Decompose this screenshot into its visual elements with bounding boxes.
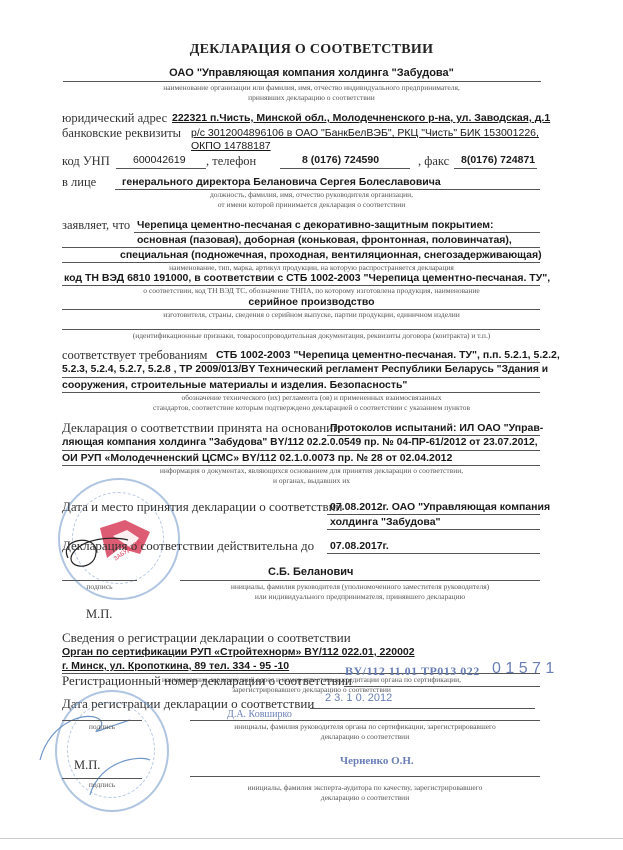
divider: [280, 168, 410, 169]
declares-hint-3: изготовителя, страны, сведения о серийно…: [0, 310, 623, 319]
declares-line-1: Черепица цементно-песчаная с декоративно…: [137, 219, 494, 231]
declares-line-5: серийное производство: [0, 296, 623, 308]
legal-address-label: юридический адрес: [62, 111, 167, 126]
complies-line-1: СТБ 1002-2003 "Черепица цементно-песчана…: [216, 349, 560, 361]
complies-hint-1: обозначение технического (их) регламента…: [0, 393, 623, 402]
auditor-signature-hint: подпись: [62, 780, 142, 789]
divider: [62, 377, 540, 378]
head-hint-2: декларацию о соответствии: [180, 732, 550, 741]
divider: [63, 81, 541, 82]
registration-seal-label: М.П.: [74, 758, 100, 773]
auditor-hint-2: декларацию о соответствии: [180, 793, 550, 802]
declares-hint-1: наименование, тип, марка, артикул продук…: [0, 263, 623, 272]
seal-label: М.П.: [86, 607, 112, 622]
applicant-hint-1: наименование организации или фамилия, им…: [0, 83, 623, 92]
valid-until-label: Декларация о соответствии действительна …: [62, 538, 314, 554]
signatory-hint-2: или индивидуального предпринимателя, при…: [170, 592, 550, 601]
reg-number-suffix: 0 1 5 7 1: [492, 660, 554, 678]
signature-hint: подпись: [62, 582, 137, 591]
divider: [62, 580, 137, 581]
date-place-line-1: 07.08.2012г. ОАО "Управляющая компания: [330, 501, 550, 513]
reg-number-prefix: BY/112 11.01 TP013 022: [345, 664, 480, 679]
phone-label: , телефон: [206, 154, 256, 169]
registration-header: Сведения о регистрации декларации о соот…: [62, 630, 351, 646]
fax-label: , факс: [418, 154, 449, 169]
divider: [116, 168, 206, 169]
reg-date-value: 2 3. 1 0. 2012: [325, 692, 392, 704]
head-name: Д.А. Ковширко: [227, 709, 292, 720]
divider: [62, 778, 142, 779]
applicant-name: ОАО "Управляющая компания холдинга "Забу…: [0, 67, 623, 79]
basis-label: Декларация о соответствии принята на осн…: [62, 420, 340, 436]
date-place-label: Дата и место принятия декларации о соотв…: [62, 499, 343, 515]
unp-value: 600042619: [133, 154, 186, 166]
complies-hint-2: стандартов, соответствие которым подтвер…: [0, 403, 623, 412]
divider: [62, 329, 540, 330]
head-hint-1: инициалы, фамилия руководителя органа по…: [180, 722, 550, 731]
applicant-hint-2: принявших декларацию о соответствии: [0, 93, 623, 102]
declares-line-4: код ТН ВЭД 6810 191000, в соответствии с…: [64, 272, 550, 284]
bank-details-label: банковские реквизиты: [62, 126, 181, 141]
valid-until-value: 07.08.2017г.: [330, 540, 389, 552]
divider: [327, 514, 540, 515]
declares-hint-4: (идентификационные признаки, товаросопро…: [0, 331, 623, 340]
declares-label: заявляет, что: [62, 218, 130, 233]
page-bottom-edge: [0, 838, 623, 839]
declares-hint-2: о соответствии, код ТН ВЭД ТС, обозначен…: [0, 286, 623, 295]
divider: [62, 450, 540, 451]
divider: [327, 435, 540, 436]
divider: [62, 247, 540, 248]
divider: [327, 529, 540, 530]
basis-line-1: Протоколов испытаний: ИЛ ОАО "Управ-: [330, 422, 543, 434]
registration-body-1: Орган по сертификации РУП «Стройтехнорм»…: [62, 646, 415, 658]
complies-line-2: 5.2.3, 5.2.4, 5.2.7, 5.2.8 , ТР 2009/013…: [62, 364, 548, 375]
divider: [200, 362, 540, 363]
bank-details-value-1: р/с 3012004896106 в ОАО "БанкБелВЭБ", РК…: [191, 127, 539, 139]
legal-address-value: 222321 п.Чисть, Минской обл., Молодечнен…: [172, 112, 550, 124]
reg-number-label: Регистрационный номер декларации о соотв…: [62, 673, 352, 689]
bank-details-value-2: ОКПО 14788187: [191, 140, 271, 152]
divider: [327, 553, 540, 554]
unp-label: код УНП: [62, 154, 110, 169]
declares-line-2: основная (пазовая), доборная (коньковая,…: [137, 234, 512, 246]
divider: [310, 708, 535, 709]
head-signature-hint: подпись: [62, 722, 142, 731]
declares-line-3: специальная (подножечная, проходная, вен…: [120, 249, 542, 261]
signatory-name: С.Б. Беланович: [268, 566, 353, 578]
date-place-line-2: холдинга "Забудова": [330, 516, 441, 528]
represented-hint-2: от имени которой принимается декларация …: [0, 200, 623, 209]
divider: [344, 686, 540, 687]
basis-line-2: ляющая компания холдинга "Забудова" BY/1…: [62, 437, 538, 448]
signatory-hint-1: инициалы, фамилия руководителя (уполномо…: [170, 582, 550, 591]
represented-value: генерального директора Белановича Сергея…: [122, 176, 441, 188]
divider: [190, 776, 540, 777]
phone-value: 8 (0176) 724590: [302, 154, 379, 166]
basis-hint-1: информация о документах, являющихся осно…: [0, 466, 623, 475]
complies-line-3: сооружения, строительные материалы и изд…: [62, 379, 407, 391]
divider: [454, 168, 537, 169]
registration-body-2: г. Минск, ул. Кропоткина, 89 тел. 334 - …: [62, 660, 289, 672]
page-title: ДЕКЛАРАЦИЯ О СООТВЕТСТВИИ: [0, 42, 623, 58]
divider: [180, 580, 540, 581]
represented-hint-1: должность, фамилия, имя, отчество руково…: [0, 190, 623, 199]
fax-value: 8(0176) 724871: [461, 154, 535, 166]
divider: [134, 232, 540, 233]
represented-label: в лице: [62, 175, 96, 190]
basis-line-3: ОИ РУП «Молодечненский ЦСМС» BY/112 02.1…: [62, 452, 452, 464]
auditor-name: Черненко О.Н.: [340, 755, 414, 767]
auditor-hint-1: инициалы, фамилия эксперта-аудитора по к…: [180, 783, 550, 792]
divider: [190, 720, 540, 721]
divider: [62, 720, 142, 721]
certification-signature-icon: [30, 700, 180, 810]
complies-label: соответствует требованиям: [62, 348, 207, 363]
